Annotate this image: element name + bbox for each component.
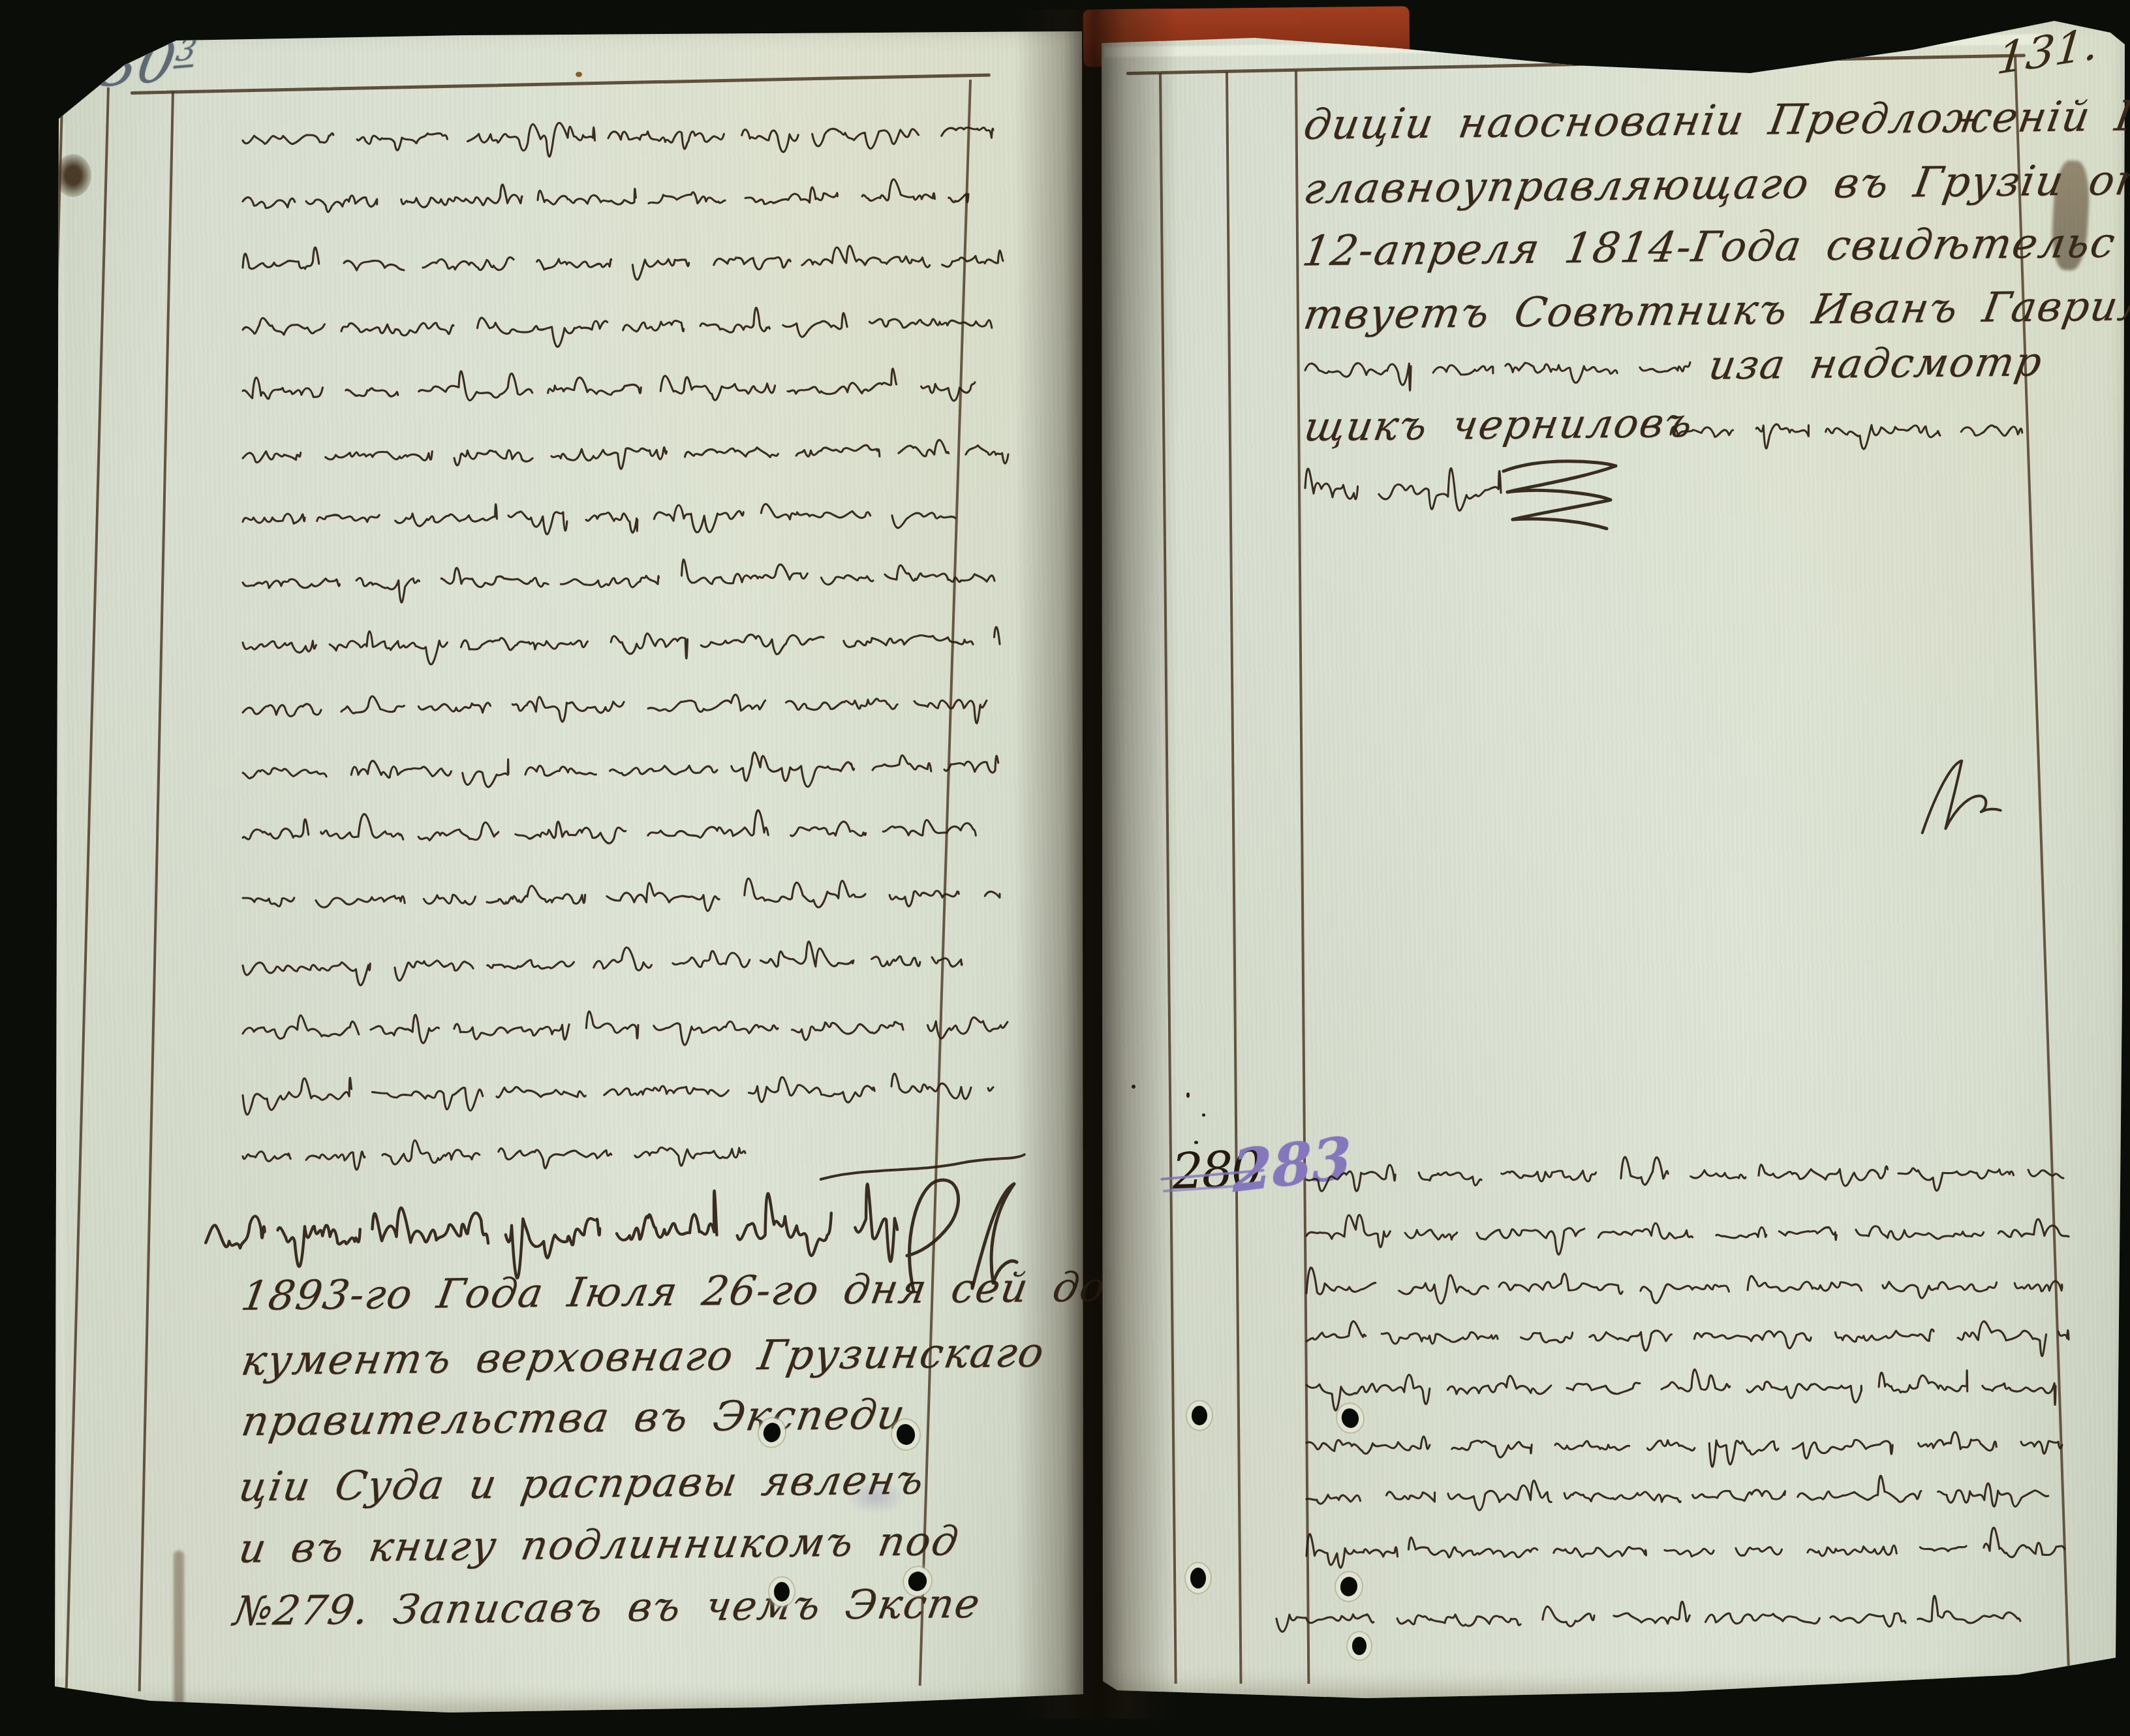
russian-line: главноуправляющаго въ Грузіи отъ	[1301, 156, 2130, 213]
handwriting-line-mixed	[1301, 448, 1506, 534]
russian-line-fragment: иза надсмотр	[1705, 337, 2046, 388]
handwriting-line-mixed	[1666, 387, 2041, 474]
margin-initials-mark	[1911, 747, 2009, 845]
wormhole	[1190, 1568, 1206, 1589]
russian-line: ціи Суда и расправы явленъ	[236, 1456, 928, 1511]
handwriting-signature-scrawl	[200, 1182, 903, 1279]
wormhole	[774, 1582, 790, 1602]
russian-line: диціи наоснованіи Предложеній Г.	[1301, 92, 2130, 149]
handwriting-line-mixed	[1301, 325, 1695, 412]
russian-line: №279. Записавъ въ чемъ Экспе	[230, 1579, 984, 1635]
russian-line: и въ книгу подлинникомъ под	[236, 1517, 963, 1572]
wormhole	[1192, 1406, 1207, 1425]
manuscript-scan: 1303 1893-го Года Іюля 26-го дня сей до …	[0, 0, 2130, 1736]
page-number-left-value: 130	[59, 29, 181, 103]
pen-flourish-zigzag	[1501, 457, 1631, 542]
russian-line: правительства въ Экспеди	[238, 1391, 910, 1446]
page-number-left: 1303	[59, 27, 200, 103]
russian-line: 12-апреля 1814-Года свидѣтельс	[1299, 219, 2120, 275]
pen-flourish-signature	[895, 1167, 1019, 1304]
russian-line: кументъ верховнаго Грузинскаго	[238, 1329, 1049, 1385]
handwriting-line-georgian	[1272, 1575, 2025, 1662]
